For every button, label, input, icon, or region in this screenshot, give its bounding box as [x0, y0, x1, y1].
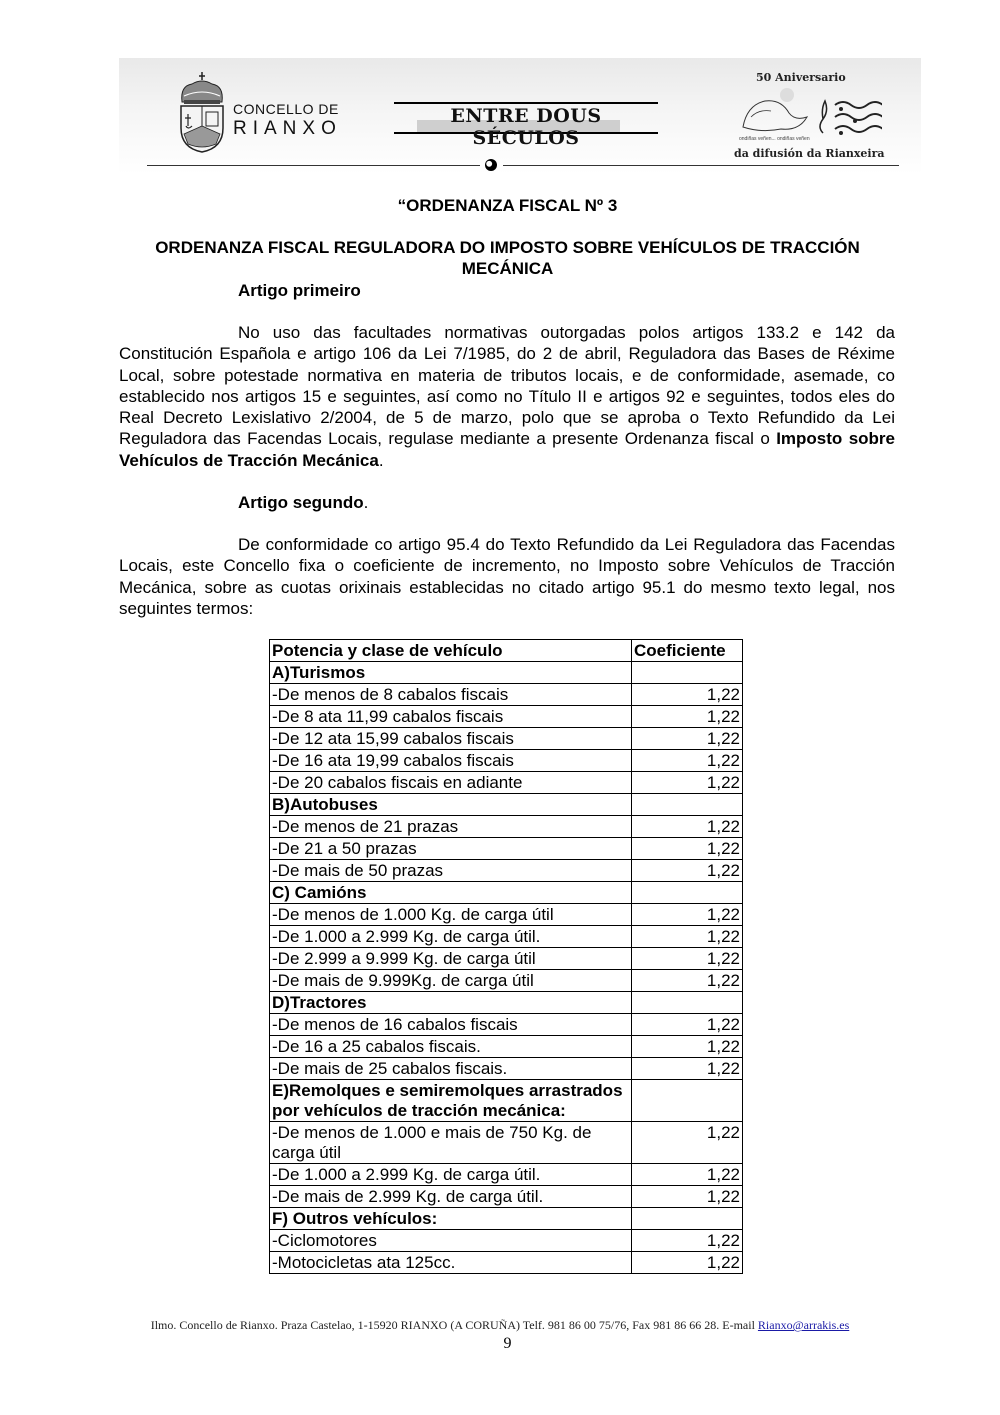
table-section-row: C) Camións: [270, 882, 743, 904]
coefficient-cell: 1,22: [632, 926, 743, 948]
coefficient-cell: [632, 882, 743, 904]
vehicle-class-cell: -De 1.000 a 2.999 Kg. de carga útil.: [270, 1164, 632, 1186]
vehicle-class-cell: -De 16 a 25 cabalos fiscais.: [270, 1036, 632, 1058]
table-row: -De 1.000 a 2.999 Kg. de carga útil.1,22: [270, 926, 743, 948]
table-row: -De menos de 1.000 e mais de 750 Kg. de …: [270, 1122, 743, 1164]
vehicle-class-cell: D)Tractores: [270, 992, 632, 1014]
table-section-row: E)Remolques e semiremolques arrastrados …: [270, 1080, 743, 1122]
email-link[interactable]: Rianxo@arrakis.es: [758, 1318, 849, 1332]
vehicle-class-cell: -Ciclomotores: [270, 1230, 632, 1252]
coefficient-cell: 1,22: [632, 1164, 743, 1186]
vehicle-class-cell: -De mais de 25 cabalos fiscais.: [270, 1058, 632, 1080]
table-row: -De mais de 2.999 Kg. de carga útil.1,22: [270, 1186, 743, 1208]
table-row: -De 21 a 50 prazas1,22: [270, 838, 743, 860]
coefficient-cell: [632, 662, 743, 684]
document-title: “ORDENANZA FISCAL Nº 3: [0, 196, 1000, 216]
vehicle-class-cell: -De menos de 1.000 Kg. de carga útil: [270, 904, 632, 926]
table-row: -De mais de 9.999Kg. de carga útil1,22: [270, 970, 743, 992]
municipality-label: CONCELLO DE: [233, 101, 339, 117]
coefficient-cell: [632, 1080, 743, 1122]
vehicle-class-cell: -De 12 ata 15,99 cabalos fiscais: [270, 728, 632, 750]
table-row: -De 1.000 a 2.999 Kg. de carga útil.1,22: [270, 1164, 743, 1186]
vehicle-class-cell: -De menos de 8 cabalos fiscais: [270, 684, 632, 706]
coefficient-cell: 1,22: [632, 772, 743, 794]
table-header-row: Potencia y clase de vehículo Coeficiente: [270, 640, 743, 662]
coefficient-cell: 1,22: [632, 750, 743, 772]
coefficient-cell: [632, 794, 743, 816]
table-row: -De menos de 16 cabalos fiscais1,22: [270, 1014, 743, 1036]
article-2-text: De conformidade co artigo 95.4 do Texto …: [119, 534, 895, 619]
document-subtitle: ORDENANZA FISCAL REGULADORA DO IMPOSTO S…: [140, 237, 875, 279]
coefficient-cell: 1,22: [632, 1014, 743, 1036]
coefficient-cell: 1,22: [632, 684, 743, 706]
vehicle-class-cell: -De 21 a 50 prazas: [270, 838, 632, 860]
anniversary-subtitle: da difusión da Rianxeira: [734, 147, 885, 160]
vehicle-class-cell: B)Autobuses: [270, 794, 632, 816]
table-row: -De 16 a 25 cabalos fiscais.1,22: [270, 1036, 743, 1058]
vehicle-class-cell: C) Camións: [270, 882, 632, 904]
vehicle-class-cell: -De 16 ata 19,99 cabalos fiscais: [270, 750, 632, 772]
table-section-row: B)Autobuses: [270, 794, 743, 816]
table-row: -Ciclomotores1,22: [270, 1230, 743, 1252]
column-header-vehicle: Potencia y clase de vehículo: [270, 640, 632, 662]
table-row: -De mais de 25 cabalos fiscais.1,22: [270, 1058, 743, 1080]
table-row: -De menos de 8 cabalos fiscais1,22: [270, 684, 743, 706]
vehicle-class-cell: -De 8 ata 11,99 cabalos fiscais: [270, 706, 632, 728]
coefficient-cell: 1,22: [632, 904, 743, 926]
coefficient-cell: 1,22: [632, 816, 743, 838]
coefficient-cell: 1,22: [632, 860, 743, 882]
column-header-coefficient: Coeficiente: [632, 640, 743, 662]
table-section-row: D)Tractores: [270, 992, 743, 1014]
vehicle-class-cell: -De menos de 16 cabalos fiscais: [270, 1014, 632, 1036]
coefficient-cell: 1,22: [632, 970, 743, 992]
vehicle-class-cell: F) Outros vehículos:: [270, 1208, 632, 1230]
table-row: -De 12 ata 15,99 cabalos fiscais1,22: [270, 728, 743, 750]
vehicle-class-cell: A)Turismos: [270, 662, 632, 684]
table-row: -De menos de 1.000 Kg. de carga útil1,22: [270, 904, 743, 926]
municipality-name: RIANXO: [233, 118, 342, 140]
coefficient-cell: 1,22: [632, 1122, 743, 1164]
vehicle-class-cell: -De mais de 9.999Kg. de carga útil: [270, 970, 632, 992]
vehicle-class-cell: -De menos de 1.000 e mais de 750 Kg. de …: [270, 1122, 632, 1164]
vehicle-class-cell: -De mais de 50 prazas: [270, 860, 632, 882]
vehicle-class-cell: -De mais de 2.999 Kg. de carga útil.: [270, 1186, 632, 1208]
coefficient-cell: 1,22: [632, 838, 743, 860]
article-1-heading: Artigo primeiro: [238, 281, 361, 301]
header-divider-right: [503, 165, 899, 166]
coefficient-cell: [632, 1208, 743, 1230]
coefficient-cell: 1,22: [632, 1230, 743, 1252]
header-divider-left: [147, 165, 480, 166]
table-row: -De 16 ata 19,99 cabalos fiscais1,22: [270, 750, 743, 772]
table-row: -De 20 cabalos fiscais en adiante1,22: [270, 772, 743, 794]
coefficient-cell: 1,22: [632, 1252, 743, 1274]
table-section-row: A)Turismos: [270, 662, 743, 684]
coefficient-cell: [632, 992, 743, 1014]
coefficient-table: Potencia y clase de vehículo Coeficiente…: [269, 639, 743, 1274]
table-section-row: F) Outros vehículos:: [270, 1208, 743, 1230]
footer-address: Ilmo. Concello de Rianxo. Praza Castelao…: [0, 1318, 1000, 1333]
music-waves-icon: [737, 87, 882, 139]
vehicle-class-cell: -De 2.999 a 9.999 Kg. de carga útil: [270, 948, 632, 970]
coat-of-arms-icon: [176, 70, 228, 154]
banner-title: ENTRE DOUS SÉCULOS: [394, 105, 658, 149]
vehicle-class-cell: -De menos de 21 prazas: [270, 816, 632, 838]
article-2-heading: Artigo segundo.: [238, 493, 368, 513]
vehicle-class-cell: -De 20 cabalos fiscais en adiante: [270, 772, 632, 794]
coefficient-cell: 1,22: [632, 948, 743, 970]
table-row: -De 8 ata 11,99 cabalos fiscais1,22: [270, 706, 743, 728]
coefficient-cell: 1,22: [632, 1058, 743, 1080]
vehicle-class-cell: -Motocicletas ata 125cc.: [270, 1252, 632, 1274]
vehicle-class-cell: E)Remolques e semiremolques arrastrados …: [270, 1080, 632, 1122]
coefficient-cell: 1,22: [632, 706, 743, 728]
table-row: -De menos de 21 prazas1,22: [270, 816, 743, 838]
table-row: -Motocicletas ata 125cc.1,22: [270, 1252, 743, 1274]
anniversary-caption: ondiñas veñen... ondiñas veñen: [739, 136, 810, 142]
coefficient-cell: 1,22: [632, 728, 743, 750]
anniversary-title: 50 Aniversario: [756, 71, 846, 84]
vehicle-class-cell: -De 1.000 a 2.999 Kg. de carga útil.: [270, 926, 632, 948]
page-number: 9: [0, 1335, 1000, 1353]
table-row: -De mais de 50 prazas1,22: [270, 860, 743, 882]
divider-ornament-icon: [485, 159, 497, 171]
coefficient-cell: 1,22: [632, 1036, 743, 1058]
article-1-text: No uso das facultades normativas outorga…: [119, 322, 895, 471]
table-row: -De 2.999 a 9.999 Kg. de carga útil1,22: [270, 948, 743, 970]
coefficient-cell: 1,22: [632, 1186, 743, 1208]
